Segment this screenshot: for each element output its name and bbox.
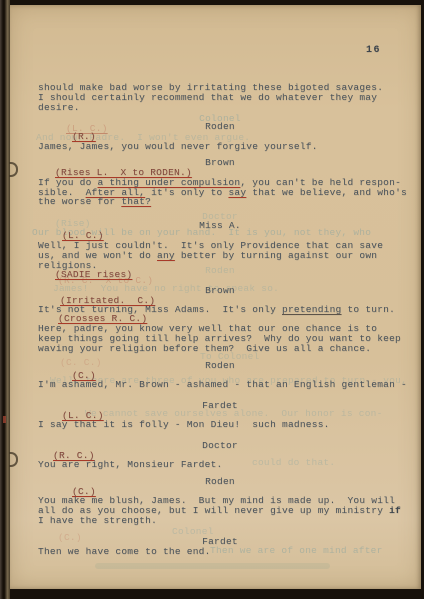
- emphasized-word: if: [389, 505, 401, 516]
- book-spine-edge: [0, 0, 10, 599]
- ghost-smear: [95, 563, 330, 569]
- underlined-phrase: say: [228, 187, 246, 198]
- dialogue-segment: better by turning against our own: [175, 250, 377, 261]
- scanned-script-page: Colonel (L. C.) And now, Padre. I won't …: [0, 0, 424, 599]
- dialogue-line: I should certainly recommend that we do …: [38, 93, 377, 103]
- red-margin-tick: [3, 416, 6, 423]
- dialogue-line: waving your religion before them? Give u…: [38, 344, 371, 354]
- dialogue-line: I say that it is folly - Mon Dieu! such …: [38, 420, 330, 430]
- dialogue-line: I'm ashamed, Mr. Brown - ashamed - that …: [38, 380, 407, 390]
- ghost-line: Then we are of one mind after: [210, 546, 383, 556]
- underlined-phrase: any: [157, 250, 175, 261]
- dialogue-line: Then we have come to the end.: [38, 547, 211, 557]
- dialogue-line: You are right, Monsieur Fardet.: [38, 460, 222, 470]
- underlined-phrase: that?: [121, 196, 151, 207]
- dialogue-line: desire.: [38, 103, 80, 113]
- dialogue-line: the worse for that?: [38, 197, 151, 207]
- dialogue-line: I have the strength.: [38, 516, 157, 526]
- dialogue-segment: to turn.: [342, 304, 396, 315]
- dialogue-segment: it's only to: [145, 187, 228, 198]
- dialogue-line: James, James, you would never forgive yo…: [38, 142, 318, 152]
- dialogue-segment: the worse for: [38, 196, 121, 207]
- page-number: 16: [366, 46, 381, 56]
- underlined-phrase: pretending: [282, 304, 342, 315]
- ghost-line: could do that.: [252, 458, 335, 468]
- dialogue-segment: that we believe, and who's: [246, 187, 407, 198]
- stage-direction: (SADIE rises): [55, 270, 132, 280]
